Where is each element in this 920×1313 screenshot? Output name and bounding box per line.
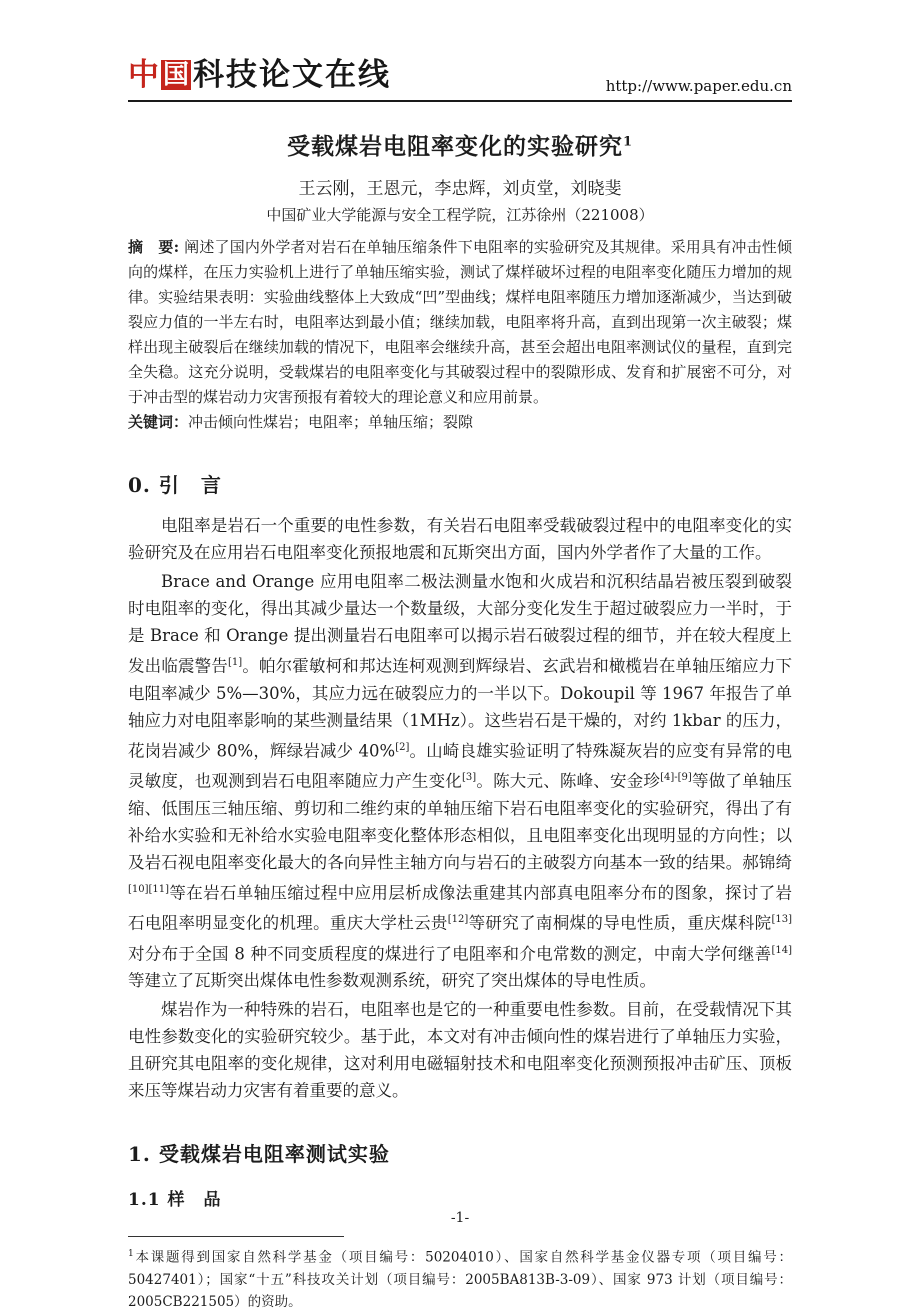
affiliation-line: 中国矿业大学能源与安全工程学院，江苏徐州（221008） [128, 204, 792, 225]
authors-line: 王云刚，王恩元，李忠辉，刘贞堂，刘晓斐 [128, 174, 792, 199]
section-1-1-heading: 1.1 样 品 [128, 1185, 792, 1210]
footnote-block: 1本课题得到国家自然科学基金（项目编号：50204010）、国家自然科学基金仪器… [128, 1236, 792, 1313]
footnote-text: 1本课题得到国家自然科学基金（项目编号：50204010）、国家自然科学基金仪器… [128, 1243, 792, 1313]
page-number: -1- [0, 1210, 920, 1226]
keywords-line: 关键词：冲击倾向性煤岩；电阻率；单轴压缩；裂隙 [128, 410, 792, 435]
abstract-label: 摘 要: [128, 238, 179, 256]
site-logo: 中国科技论文在线 [128, 58, 391, 97]
paper-page: 中国科技论文在线 http://www.paper.edu.cn 受载煤岩电阻率… [0, 0, 920, 1302]
section-0-heading: 0. 引 言 [128, 469, 792, 498]
paper-title: 受载煤岩电阻率变化的实验研究1 [128, 128, 792, 161]
abstract-text: 阐述了国内外学者对岩石在单轴压缩条件下电阻率的实验研究及其规律。采用具有冲击性倾… [128, 238, 792, 406]
page-header: 中国科技论文在线 http://www.paper.edu.cn [128, 57, 792, 102]
intro-paragraph-3: 煤岩作为一种特殊的岩石，电阻率也是它的一种重要电性参数。目前，在受载情况下其电性… [128, 996, 792, 1104]
abstract-paragraph: 摘 要: 阐述了国内外学者对岩石在单轴压缩条件下电阻率的实验研究及其规律。采用具… [128, 235, 792, 410]
logo-text: 科技论文在线 [193, 57, 391, 93]
keywords-text: 冲击倾向性煤岩；电阻率；单轴压缩；裂隙 [188, 413, 473, 431]
section-1-heading: 1. 受载煤岩电阻率测试实验 [128, 1138, 792, 1167]
intro-paragraph-1: 电阻率是岩石一个重要的电性参数，有关岩石电阻率受载破裂过程中的电阻率变化的实验研… [128, 512, 792, 566]
site-url-link[interactable]: http://www.paper.edu.cn [606, 77, 792, 97]
intro-paragraph-2: Brace and Orange 应用电阻率二极法测量水饱和火成岩和沉积结晶岩被… [128, 568, 792, 994]
logo-char-guo: 国 [161, 60, 191, 90]
footnote-divider [128, 1236, 344, 1237]
title-footnote-mark: 1 [623, 134, 633, 149]
keywords-label: 关键词： [128, 413, 188, 431]
logo-char-zhong: 中 [128, 57, 160, 93]
paper-title-text: 受载煤岩电阻率变化的实验研究 [287, 133, 623, 160]
